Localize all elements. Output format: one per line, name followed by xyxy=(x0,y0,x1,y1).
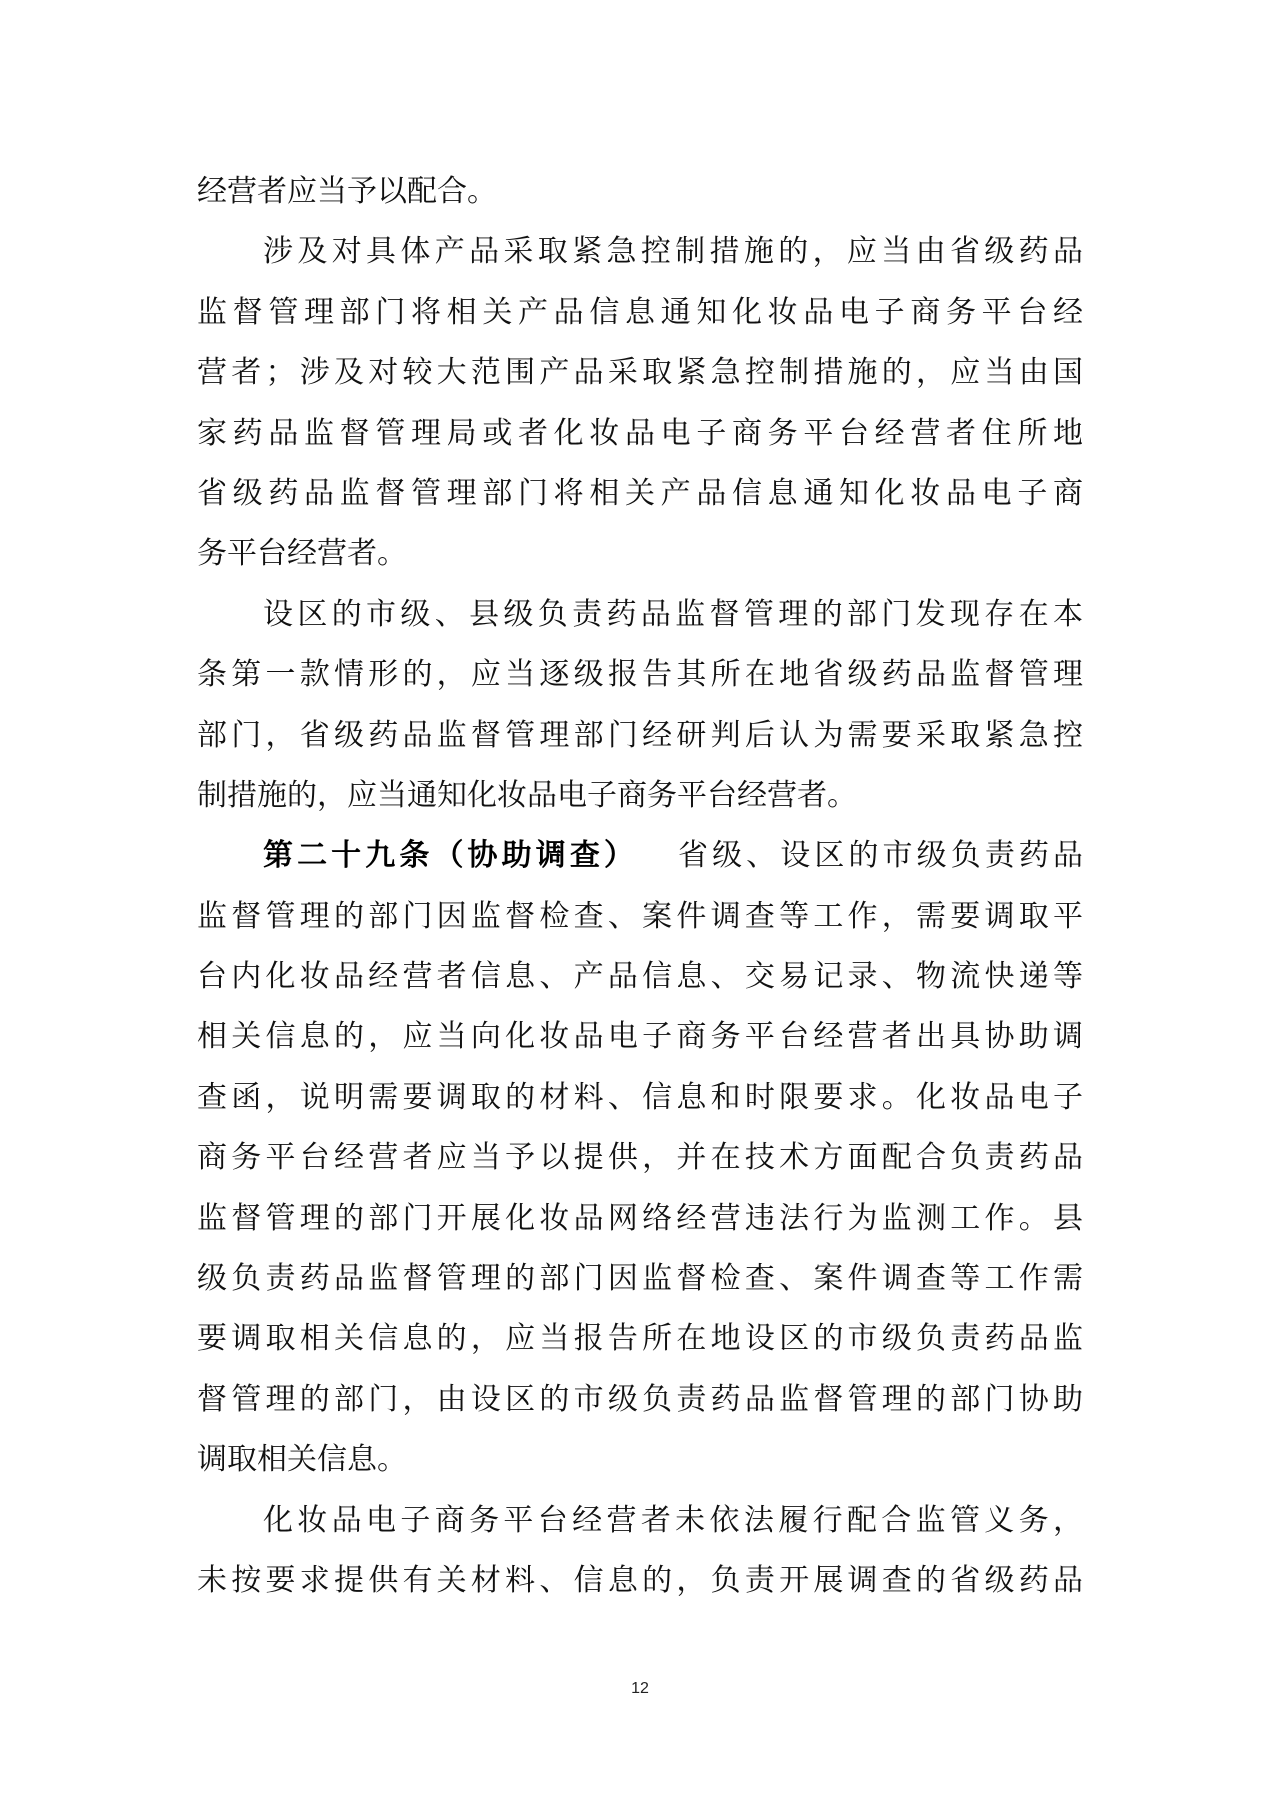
paragraph-non-cooperation: 化妆品电子商务平台经营者未依法履行配合监管义务， 未按要求提供有关材料、信息的，… xyxy=(197,1491,1083,1612)
text-line: 查函，说明需要调取的材料、信息和时限要求。化妆品电子 xyxy=(197,1068,1083,1128)
text-line: 经营者应当予以配合。 xyxy=(197,162,1083,222)
text-line: 营者；涉及对较大范围产品采取紧急控制措施的，应当由国 xyxy=(197,343,1083,403)
text-line: 调取相关信息。 xyxy=(197,1430,1083,1490)
text-line: 监督管理部门将相关产品信息通知化妆品电子商务平台经 xyxy=(197,283,1083,343)
text-line: 要调取相关信息的，应当报告所在地设区的市级负责药品监 xyxy=(197,1309,1083,1369)
text-line: 设区的市级、县级负责药品监督管理的部门发现存在本 xyxy=(197,585,1083,645)
text-line: 商务平台经营者应当予以提供，并在技术方面配合负责药品 xyxy=(197,1128,1083,1188)
text-line: 条第一款情形的，应当逐级报告其所在地省级药品监督管理 xyxy=(197,645,1083,705)
text-line: 未按要求提供有关材料、信息的，负责开展调查的省级药品 xyxy=(197,1551,1083,1611)
text-line: 家药品监督管理局或者化妆品电子商务平台经营者住所地 xyxy=(197,404,1083,464)
paragraph-local-report: 设区的市级、县级负责药品监督管理的部门发现存在本 条第一款情形的，应当逐级报告其… xyxy=(197,585,1083,827)
document-page: 经营者应当予以配合。 涉及对具体产品采取紧急控制措施的，应当由省级药品 监督管理… xyxy=(0,0,1280,1810)
article-heading-line: 第二十九条（协助调查）省级、设区的市级负责药品 xyxy=(197,826,1083,886)
page-number: 12 xyxy=(0,1680,1280,1698)
text-line: 级负责药品监督管理的部门因监督检查、案件调查等工作需 xyxy=(197,1249,1083,1309)
text-line: 台内化妆品经营者信息、产品信息、交易记录、物流快递等 xyxy=(197,947,1083,1007)
text-segment: 省级、设区的市级负责药品 xyxy=(678,838,1083,873)
text-line: 化妆品电子商务平台经营者未依法履行配合监管义务， xyxy=(197,1491,1083,1551)
text-line: 省级药品监督管理部门将相关产品信息通知化妆品电子商 xyxy=(197,464,1083,524)
paragraph-emergency-control-notice: 涉及对具体产品采取紧急控制措施的，应当由省级药品 监督管理部门将相关产品信息通知… xyxy=(197,222,1083,584)
article-29-assist-investigation: 第二十九条（协助调查）省级、设区的市级负责药品 监督管理的部门因监督检查、案件调… xyxy=(197,826,1083,1490)
text-line: 监督管理的部门因监督检查、案件调查等工作，需要调取平 xyxy=(197,887,1083,947)
text-line: 制措施的，应当通知化妆品电子商务平台经营者。 xyxy=(197,766,1083,826)
text-line: 监督管理的部门开展化妆品网络经营违法行为监测工作。县 xyxy=(197,1189,1083,1249)
text-line: 相关信息的，应当向化妆品电子商务平台经营者出具协助调 xyxy=(197,1007,1083,1067)
article-heading: 第二十九条（协助调查） xyxy=(263,838,638,873)
text-line: 涉及对具体产品采取紧急控制措施的，应当由省级药品 xyxy=(197,222,1083,282)
text-line: 部门，省级药品监督管理部门经研判后认为需要采取紧急控 xyxy=(197,706,1083,766)
document-body: 经营者应当予以配合。 涉及对具体产品采取紧急控制措施的，应当由省级药品 监督管理… xyxy=(197,162,1083,1611)
paragraph-continuation: 经营者应当予以配合。 xyxy=(197,162,1083,222)
text-line: 督管理的部门，由设区的市级负责药品监督管理的部门协助 xyxy=(197,1370,1083,1430)
text-line: 务平台经营者。 xyxy=(197,524,1083,584)
